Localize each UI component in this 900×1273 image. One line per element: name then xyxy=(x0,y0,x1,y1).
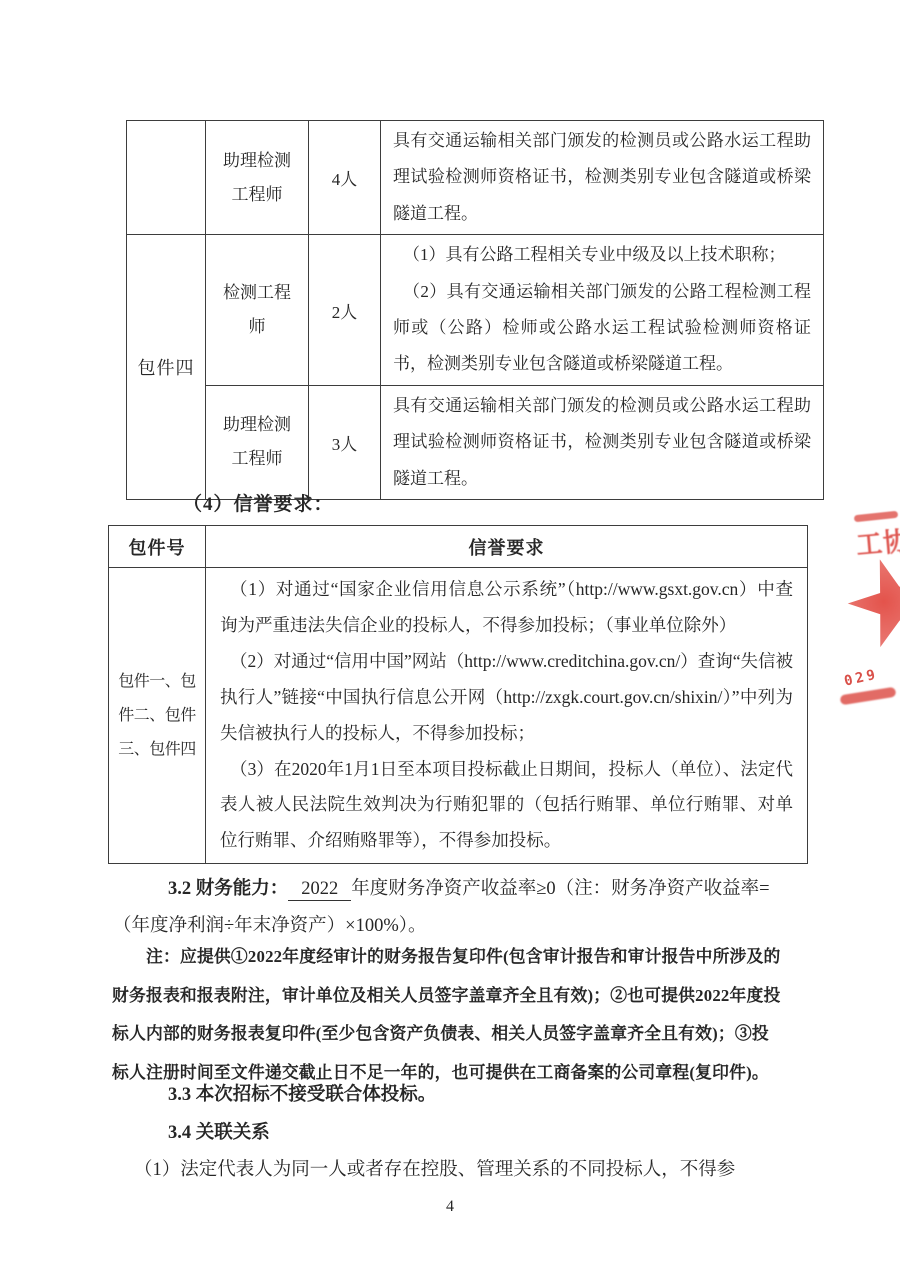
stamp-smudge-icon xyxy=(854,511,898,523)
note-line: 财务报表和报表附注，审计单位及相关人员签字盖章齐全且有效)；②也可提供2022年… xyxy=(112,977,781,1016)
header-credit-requirement: 信誉要求 xyxy=(206,526,808,568)
requirement-cell: 具有交通运输相关部门颁发的检测员或公路水运工程助理试验检测师资格证书，检测类别专… xyxy=(381,121,824,235)
table-row: 助理检测工程师 3人 具有交通运输相关部门颁发的检测员或公路水运工程助理试验检测… xyxy=(127,385,824,499)
credit-requirement-cell: （1）对通过“国家企业信用信息公示系统”（http://www.gsxt.gov… xyxy=(206,568,808,864)
requirement-cell: （1）具有公路工程相关专业中级及以上技术职称； （2）具有交通运输相关部门颁发的… xyxy=(381,235,824,386)
credit-requirement-paragraph: （1）对通过“国家企业信用信息公示系统”（http://www.gsxt.gov… xyxy=(220,572,793,644)
package-cell xyxy=(127,121,206,235)
table-header-row: 包件号 信誉要求 xyxy=(109,526,808,568)
role-cell: 助理检测工程师 xyxy=(206,121,309,235)
headcount-cell: 2人 xyxy=(309,235,381,386)
headcount-cell: 4人 xyxy=(309,121,381,235)
financial-note: 注：应提供①2022年度经审计的财务报告复印件(包含审计报告和审计报告中所涉及的… xyxy=(112,938,781,1092)
credit-requirements-heading: （4）信誉要求： xyxy=(183,489,334,516)
requirement-item: （2）具有交通运输相关部门颁发的公路工程检测工程师或（公路）检师或公路水运工程试… xyxy=(393,274,811,383)
table-row: 包件四 检测工程师 2人 （1）具有公路工程相关专业中级及以上技术职称； （2）… xyxy=(127,235,824,386)
page-number: 4 xyxy=(0,1198,900,1216)
credit-requirements-table: 包件号 信誉要求 包件一、包件二、包件三、包件四 （1）对通过“国家企业信用信息… xyxy=(108,525,808,864)
requirement-cell: 具有交通运输相关部门颁发的检测员或公路水运工程助理试验检测师资格证书，检测类别专… xyxy=(381,385,824,499)
section-3-2-text: 年度财务净资产收益率≥0（注：财务净资产收益率= xyxy=(351,879,769,899)
package-list-cell: 包件一、包件二、包件三、包件四 xyxy=(109,568,206,864)
section-3-3: 3.3 本次招标不接受联合体投标。 xyxy=(168,1080,436,1106)
underlined-year: 2022 xyxy=(288,879,351,901)
red-stamp: 工协 029 xyxy=(840,505,900,715)
role-cell: 助理检测工程师 xyxy=(206,385,309,499)
section-3-2-label: 3.2 财务能力： xyxy=(168,879,288,899)
section-3-4: 3.4 关联关系 xyxy=(168,1118,270,1144)
stamp-digits: 029 xyxy=(843,666,880,689)
table-row: 包件一、包件二、包件三、包件四 （1）对通过“国家企业信用信息公示系统”（htt… xyxy=(109,568,808,864)
stamp-text-fragment: 工协 xyxy=(854,521,900,563)
package-cell: 包件四 xyxy=(127,235,206,500)
role-cell: 检测工程师 xyxy=(206,235,309,386)
table-row: 助理检测工程师 4人 具有交通运输相关部门颁发的检测员或公路水运工程助理试验检测… xyxy=(127,121,824,235)
document-page: 助理检测工程师 4人 具有交通运输相关部门颁发的检测员或公路水运工程助理试验检测… xyxy=(0,0,900,1273)
section-3-2: 3.2 财务能力：2022年度财务净资产收益率≥0（注：财务净资产收益率= （年… xyxy=(113,871,803,945)
requirement-text: 具有交通运输相关部门颁发的检测员或公路水运工程助理试验检测师资格证书，检测类别专… xyxy=(393,388,811,497)
clause-1: （1）法定代表人为同一人或者存在控股、管理关系的不同投标人，不得参 xyxy=(134,1155,735,1181)
requirement-text: 具有交通运输相关部门颁发的检测员或公路水运工程助理试验检测师资格证书，检测类别专… xyxy=(393,123,811,232)
staff-requirements-table: 助理检测工程师 4人 具有交通运输相关部门颁发的检测员或公路水运工程助理试验检测… xyxy=(126,120,824,500)
stamp-star-icon xyxy=(836,545,900,661)
credit-requirement-paragraph: （3）在2020年1月1日至本项目投标截止日期间，投标人（单位）、法定代表人被人… xyxy=(220,752,793,860)
section-3-2-line1: 3.2 财务能力：2022年度财务净资产收益率≥0（注：财务净资产收益率= xyxy=(113,871,803,908)
stamp-smudge-icon xyxy=(840,687,897,706)
header-package-number: 包件号 xyxy=(109,526,206,568)
note-line: 注：应提供①2022年度经审计的财务报告复印件(包含审计报告和审计报告中所涉及的 xyxy=(112,938,781,977)
credit-requirement-paragraph: （2）对通过“信用中国”网站（http://www.creditchina.go… xyxy=(220,644,793,752)
headcount-cell: 3人 xyxy=(309,385,381,499)
note-line: 标人内部的财务报表复印件(至少包含资产负债表、相关人员签字盖章齐全且有效)；③投 xyxy=(112,1015,781,1054)
requirement-item: （1）具有公路工程相关专业中级及以上技术职称； xyxy=(393,237,811,273)
